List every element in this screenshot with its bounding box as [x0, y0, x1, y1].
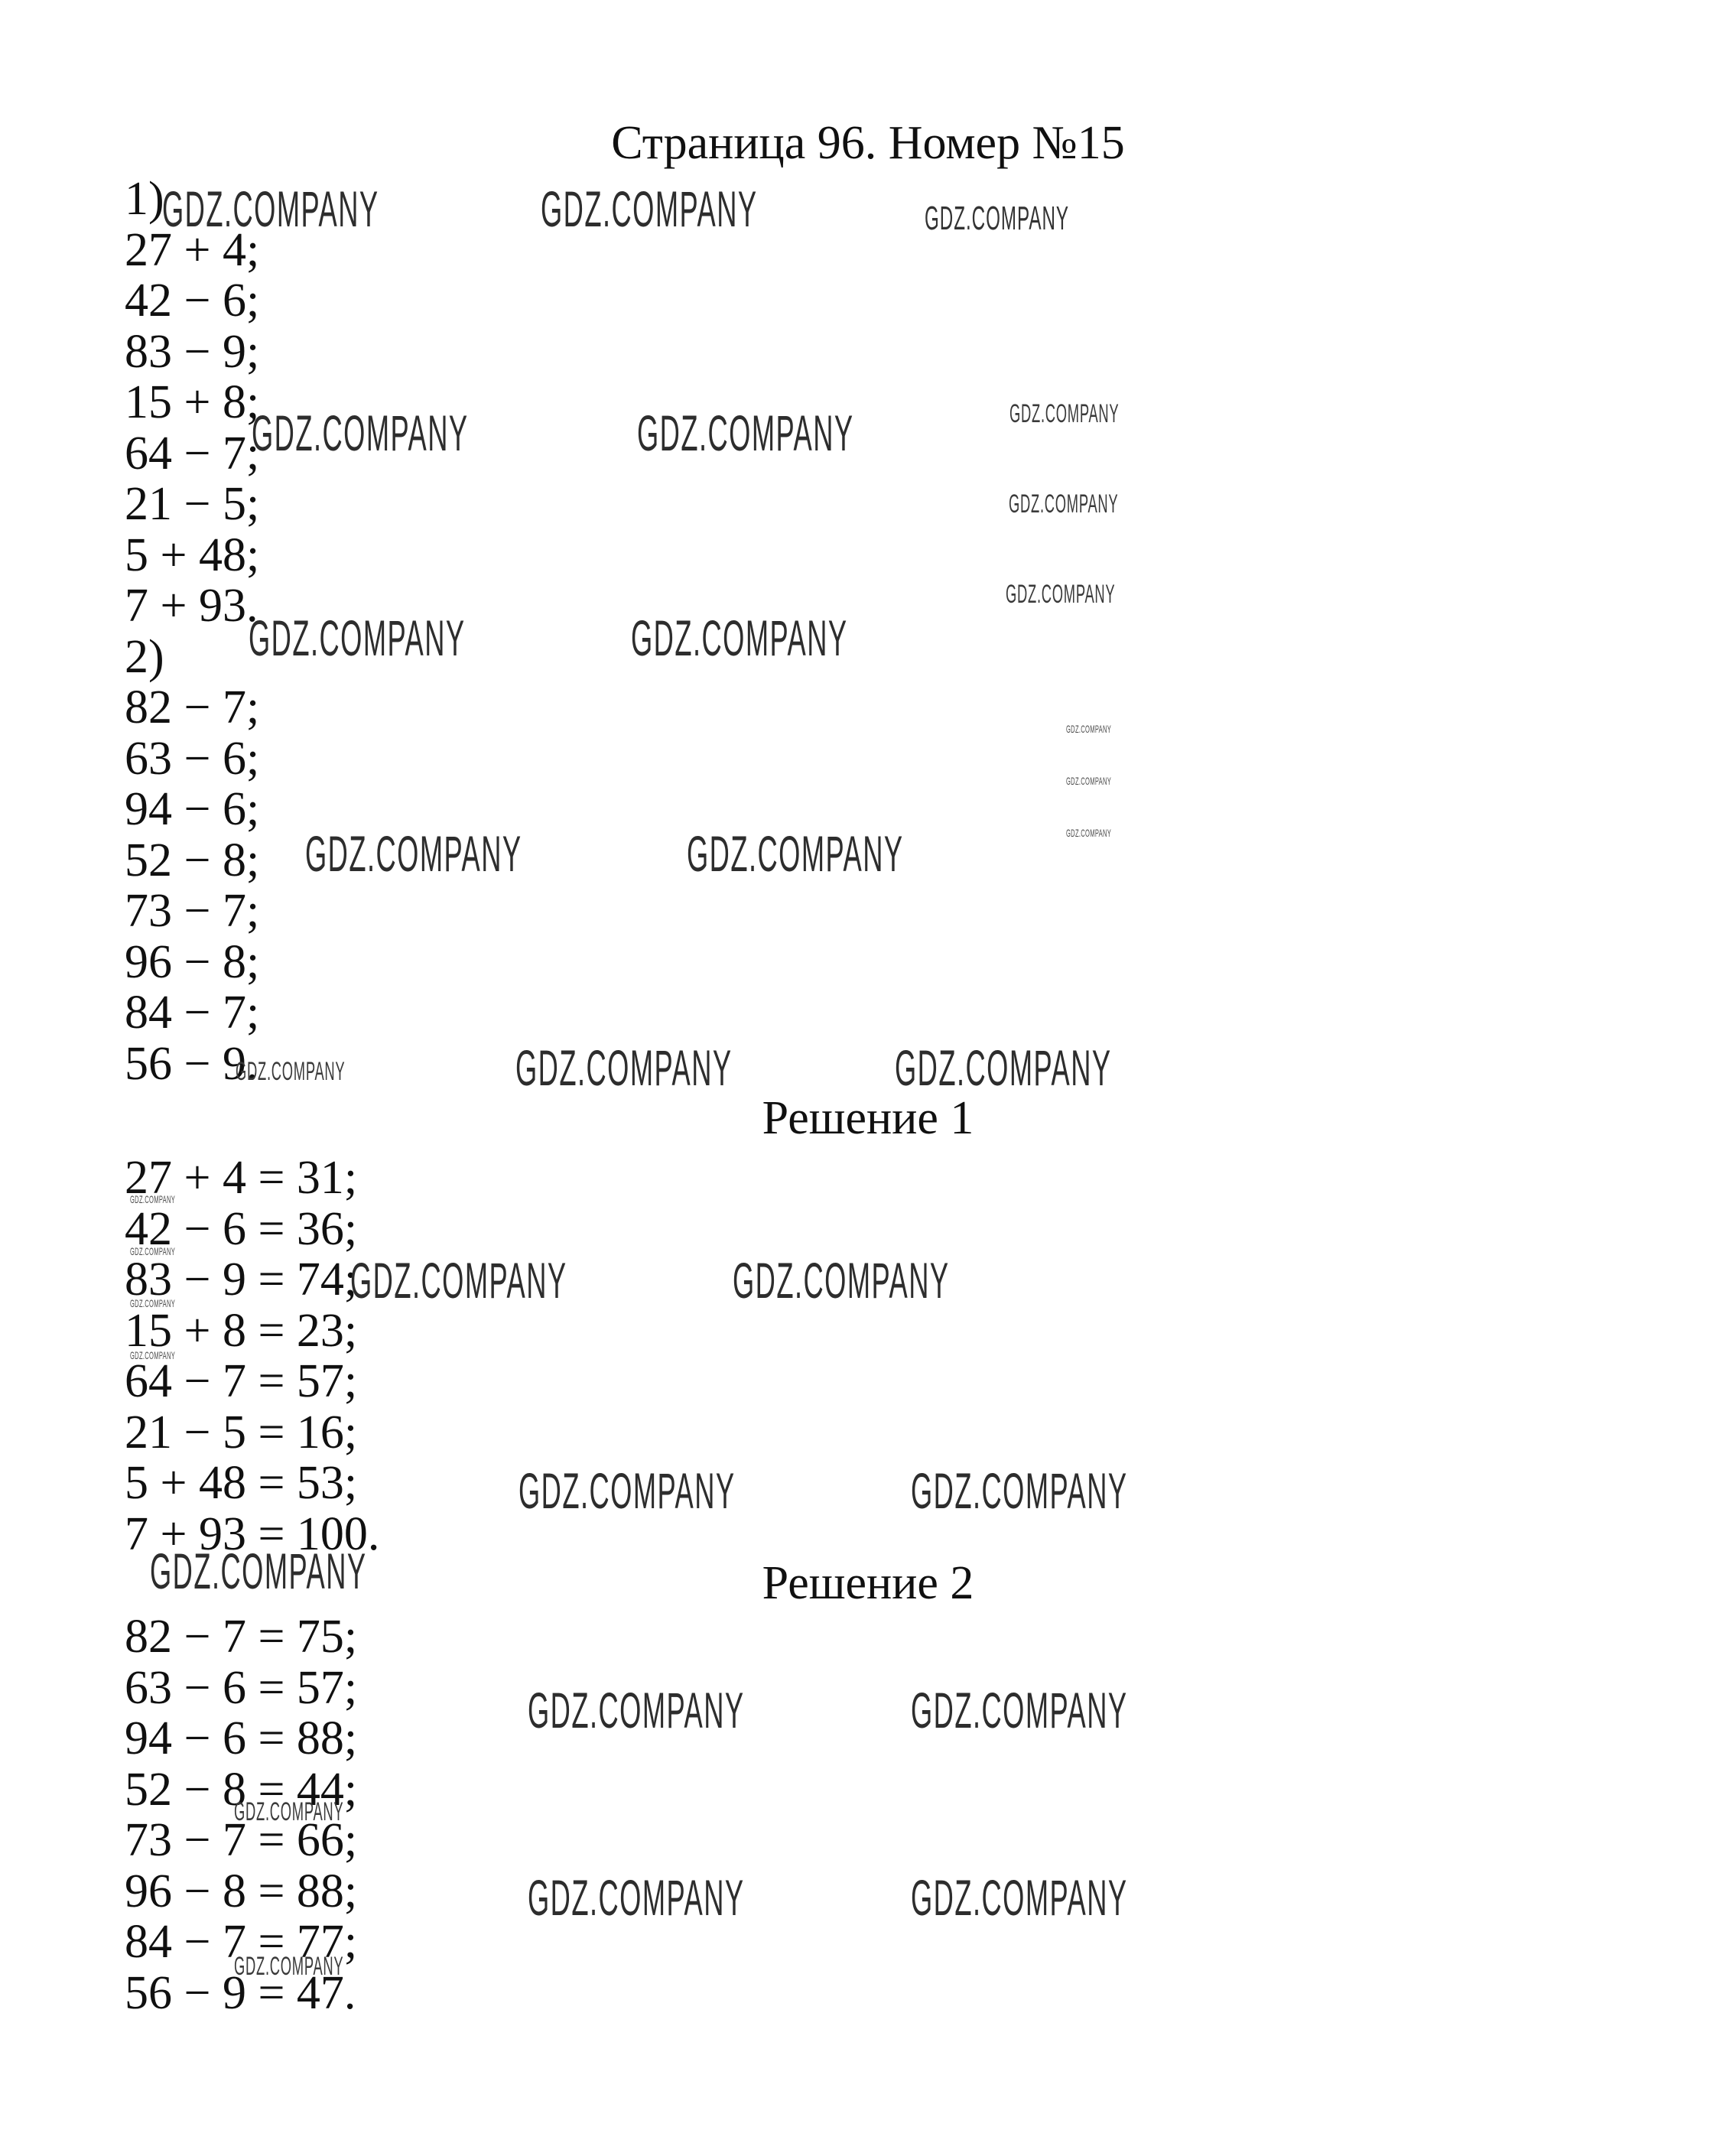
solution-line: 94 − 6 = 88; [125, 1713, 357, 1764]
watermark: GDZ.COMPANY [925, 202, 1069, 236]
watermark: GDZ.COMPANY [541, 184, 758, 234]
problem-line: 96 − 8; [125, 937, 259, 988]
problem-line: 64 − 7; [125, 428, 259, 480]
solution-line: 96 − 8 = 88; [125, 1866, 357, 1917]
problem-line: 42 − 6; [125, 275, 259, 327]
watermark: GDZ.COMPANY [350, 1255, 567, 1306]
problem-line: 52 − 8; [125, 835, 259, 886]
watermark: GDZ.COMPANY [911, 1685, 1128, 1735]
problem-line: 94 − 6; [125, 784, 259, 835]
problem-line: 7 + 93. [125, 580, 259, 632]
watermark: GDZ.COMPANY [1066, 776, 1111, 786]
watermark: GDZ.COMPANY [130, 1194, 175, 1205]
watermark: GDZ.COMPANY [515, 1042, 733, 1093]
watermark: GDZ.COMPANY [637, 408, 854, 458]
watermark: GDZ.COMPANY [1066, 724, 1111, 734]
watermark: GDZ.COMPANY [236, 1058, 345, 1085]
watermark: GDZ.COMPANY [252, 408, 469, 458]
solution-line: 5 + 48 = 53; [125, 1458, 379, 1509]
page-title: Страница 96. Номер №15 [0, 116, 1736, 171]
watermark: GDZ.COMPANY [528, 1685, 745, 1735]
watermark: GDZ.COMPANY [1009, 491, 1118, 517]
section2-label: 2) [125, 632, 259, 683]
problem-line: 5 + 48; [125, 530, 259, 581]
problem-line: 21 − 5; [125, 479, 259, 530]
solution-line: 82 − 7 = 75; [125, 1611, 357, 1663]
solution-line: 64 − 7 = 57; [125, 1356, 379, 1407]
problem-line: 84 − 7; [125, 987, 259, 1039]
watermark: GDZ.COMPANY [162, 184, 379, 234]
watermark: GDZ.COMPANY [234, 1953, 343, 1979]
watermark: GDZ.COMPANY [911, 1872, 1128, 1923]
watermark: GDZ.COMPANY [911, 1465, 1128, 1516]
problem-line: 83 − 9; [125, 327, 259, 378]
watermark: GDZ.COMPANY [528, 1872, 745, 1923]
problem-line: 15 + 8; [125, 377, 259, 428]
solution-line: 21 − 5 = 16; [125, 1407, 379, 1458]
problem-line: 73 − 7; [125, 886, 259, 937]
watermark: GDZ.COMPANY [150, 1546, 367, 1596]
problem-line: 82 − 7; [125, 682, 259, 733]
watermark: GDZ.COMPANY [130, 1350, 175, 1361]
watermark: GDZ.COMPANY [1066, 828, 1111, 838]
problems-list: 1) 27 + 4; 42 − 6; 83 − 9; 15 + 8; 64 − … [125, 174, 259, 1089]
watermark: GDZ.COMPANY [249, 613, 466, 663]
solution-line: 63 − 6 = 57; [125, 1663, 357, 1714]
watermark: GDZ.COMPANY [1006, 581, 1115, 607]
watermark: GDZ.COMPANY [234, 1799, 343, 1825]
watermark: GDZ.COMPANY [305, 828, 522, 879]
watermark: GDZ.COMPANY [1009, 401, 1119, 427]
watermark: GDZ.COMPANY [130, 1298, 175, 1309]
watermark: GDZ.COMPANY [130, 1246, 175, 1257]
watermark: GDZ.COMPANY [733, 1255, 950, 1306]
watermark: GDZ.COMPANY [895, 1042, 1112, 1093]
watermark: GDZ.COMPANY [631, 613, 848, 663]
solution1-heading: Решение 1 [0, 1091, 1736, 1146]
watermark: GDZ.COMPANY [519, 1465, 736, 1516]
problem-line: 63 − 6; [125, 733, 259, 785]
document-page: Страница 96. Номер №15 1) 27 + 4; 42 − 6… [0, 0, 1736, 2130]
watermark: GDZ.COMPANY [687, 828, 904, 879]
